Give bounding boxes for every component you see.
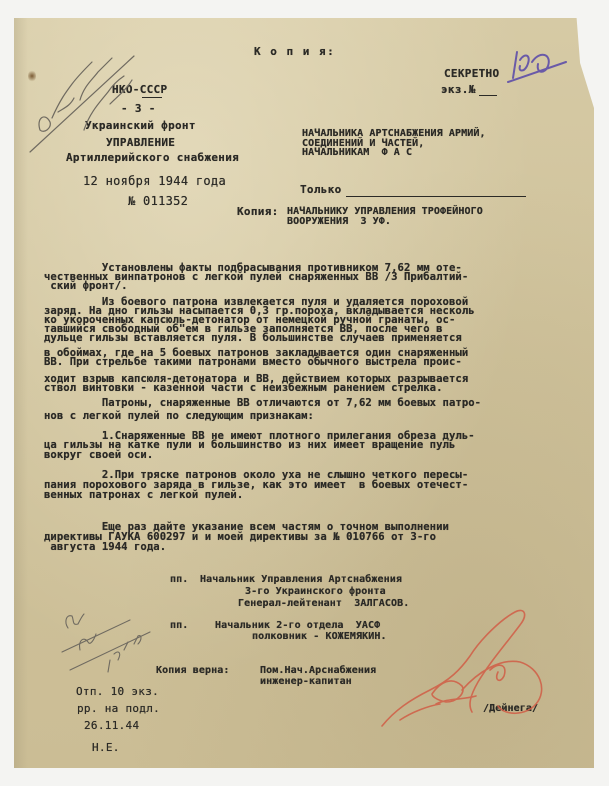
only-blank-line: [346, 196, 526, 197]
rust-stain: [28, 70, 36, 82]
body-line: августа 1944 года.: [44, 543, 166, 552]
document-date: 12 ноября 1944 года: [83, 176, 226, 187]
sender-line-2: - 3 -: [121, 103, 156, 114]
addressee-line-3: НАЧАЛЬНИКАМ Ф А С: [302, 148, 412, 157]
signature-1-line-1: Начальник Управления Артснабжения: [200, 575, 402, 584]
classification-secret: СЕКРЕТНО: [444, 68, 499, 79]
signature-2-mark: пп.: [170, 621, 188, 630]
signature-1-line-3: Генерал-лейтенант ЗАЛГАСОВ.: [238, 599, 409, 608]
footer-copies: Отп. 10 экз.: [76, 686, 159, 697]
signature-1-line-2: 3-го Украинского фронта: [245, 587, 386, 596]
sender-line-5: Артиллерийского снабжения: [66, 152, 239, 163]
footer-printed: рр. на подл.: [77, 703, 160, 714]
sender-line-3: Украинский фронт: [85, 120, 196, 131]
signature-1-mark: пп.: [170, 575, 188, 584]
body-line: ствол винтовки - казенной части с неизбе…: [44, 384, 443, 393]
page-edge-shadow: [14, 18, 28, 768]
body-line: дульце гильзы вставляется пуля. В больши…: [44, 334, 462, 343]
addressee-line-1: НАЧАЛЬНИКА АРТСНАБЖЕНИЯ АРМИЙ,: [302, 129, 486, 138]
body-line: ский фронт/.: [44, 282, 128, 291]
body-line: ВВ. При стрельбе такими патронами вместо…: [44, 358, 462, 367]
signature-2-line-2: полковник - КОЖЕМЯКИН.: [252, 632, 387, 641]
only-label: Только: [300, 184, 342, 195]
sender-line-1: НКО-СССР: [112, 84, 167, 95]
body-line: нов с легкой пулей по следующим признака…: [44, 412, 314, 421]
copy-number-blank: [479, 95, 497, 96]
certified-line-1: Пом.Нач.Арснабжения: [260, 666, 376, 675]
body-line: венных патронах с легкой пулей.: [44, 491, 243, 500]
copy-to-label: Копия:: [237, 206, 279, 217]
body-line: вокруг своей оси.: [44, 451, 153, 460]
document-number: № 011352: [128, 196, 188, 207]
certified-name: /Дейнега/: [483, 704, 538, 713]
footer-date: 26.11.44: [84, 720, 139, 731]
copy-heading: К о п и я:: [254, 46, 335, 57]
sender-line-4: УПРАВЛЕНИЕ: [106, 137, 175, 148]
footer-initials: Н.Е.: [92, 742, 120, 753]
body-line: Патроны, снаряженные ВВ отличаются от 7,…: [44, 399, 481, 408]
copy-number-label: экз.№: [441, 84, 476, 95]
signature-2-line-1: Начальник 2-го отдела УАСФ: [215, 621, 380, 630]
sender-divider: [142, 97, 162, 98]
certified-copy-label: Копия верна:: [156, 666, 229, 675]
copy-to-line-1: НАЧАЛЬНИКУ УПРАВЛЕНИЯ ТРОФЕЙНОГО: [287, 207, 483, 216]
certified-line-2: инженер-капитан: [260, 677, 352, 686]
copy-to-line-2: ВООРУЖЕНИЯ 3 УФ.: [287, 217, 391, 226]
